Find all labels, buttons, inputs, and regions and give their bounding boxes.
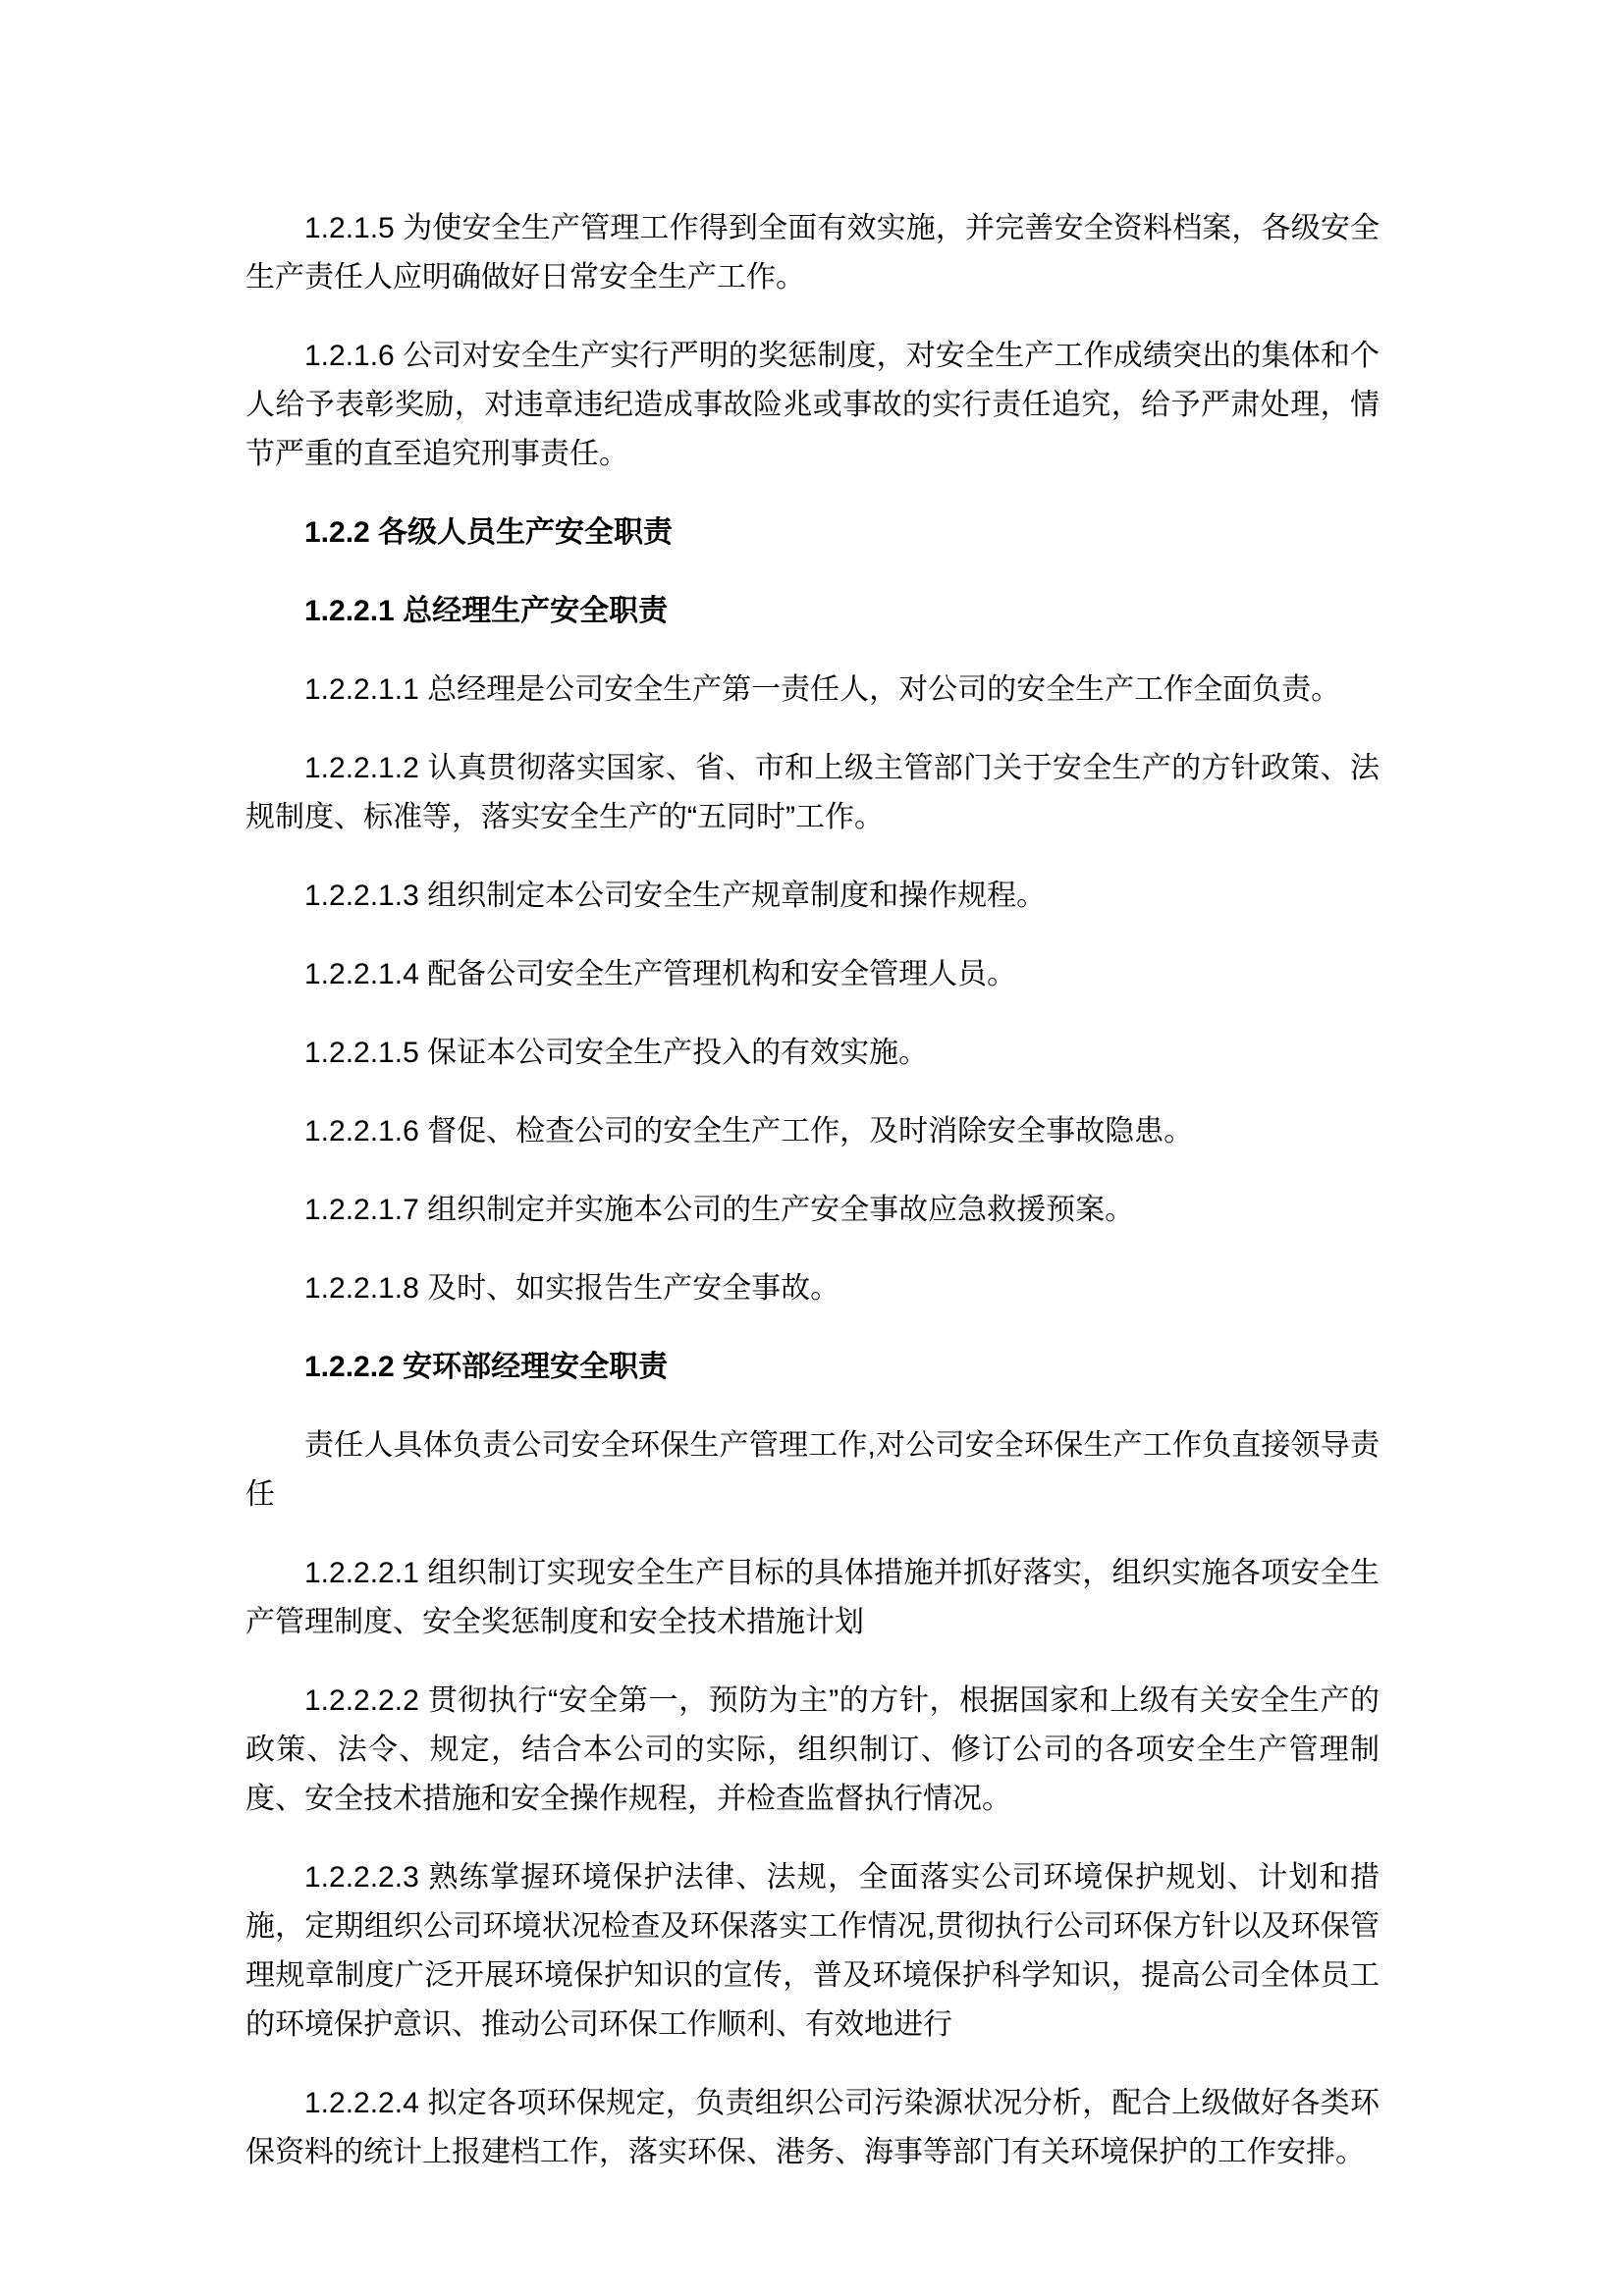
paragraph: 1.2.2.1.7 组织制定并实施本公司的生产安全事故应急救援预案。: [245, 1186, 1380, 1235]
paragraph: 1.2.2.2.1 组织制订实现安全生产目标的具体措施并抓好落实，组织实施各项安…: [245, 1549, 1380, 1647]
paragraph: 1.2.2.2.4 拟定各项环保规定，负责组织公司污染源状况分析，配合上级做好各…: [245, 2079, 1380, 2177]
paragraph: 责任人具体负责公司安全环保生产管理工作,对公司安全环保生产工作负直接领导责任: [245, 1421, 1380, 1520]
document-body: 1.2.1.5 为使安全生产管理工作得到全面有效实施，并完善安全资料档案，各级安…: [0, 0, 1624, 2177]
paragraph: 1.2.2.1.3 组织制定本公司安全生产规章制度和操作规程。: [245, 872, 1380, 921]
paragraph: 1.2.2.1.6 督促、检查公司的安全生产工作，及时消除安全事故隐患。: [245, 1107, 1380, 1156]
paragraph: 1.2.2.2.3 熟练掌握环境保护法律、法规，全面落实公司环境保护规划、计划和…: [245, 1853, 1380, 2050]
paragraph: 1.2.2.1.8 及时、如实报告生产安全事故。: [245, 1264, 1380, 1313]
section-heading: 1.2.2.1 总经理生产安全职责: [245, 587, 1380, 636]
paragraph: 1.2.1.5 为使安全生产管理工作得到全面有效实施，并完善安全资料档案，各级安…: [245, 204, 1380, 302]
paragraph: 1.2.2.1.5 保证本公司安全生产投入的有效实施。: [245, 1029, 1380, 1078]
paragraph: 1.2.2.2.2 贯彻执行“安全第一，预防为主”的方针，根据国家和上级有关安全…: [245, 1677, 1380, 1824]
document-page: 1.2.1.5 为使安全生产管理工作得到全面有效实施，并完善安全资料档案，各级安…: [0, 0, 1624, 2296]
section-heading: 1.2.2 各级人员生产安全职责: [245, 508, 1380, 558]
section-heading: 1.2.2.2 安环部经理安全职责: [245, 1343, 1380, 1392]
paragraph: 1.2.1.6 公司对安全生产实行严明的奖惩制度，对安全生产工作成绩突出的集体和…: [245, 332, 1380, 479]
paragraph: 1.2.2.1.4 配备公司安全生产管理机构和安全管理人员。: [245, 950, 1380, 999]
paragraph: 1.2.2.1.1 总经理是公司安全生产第一责任人，对公司的安全生产工作全面负责…: [245, 666, 1380, 715]
paragraph: 1.2.2.1.2 认真贯彻落实国家、省、市和上级主管部门关于安全生产的方针政策…: [245, 744, 1380, 842]
